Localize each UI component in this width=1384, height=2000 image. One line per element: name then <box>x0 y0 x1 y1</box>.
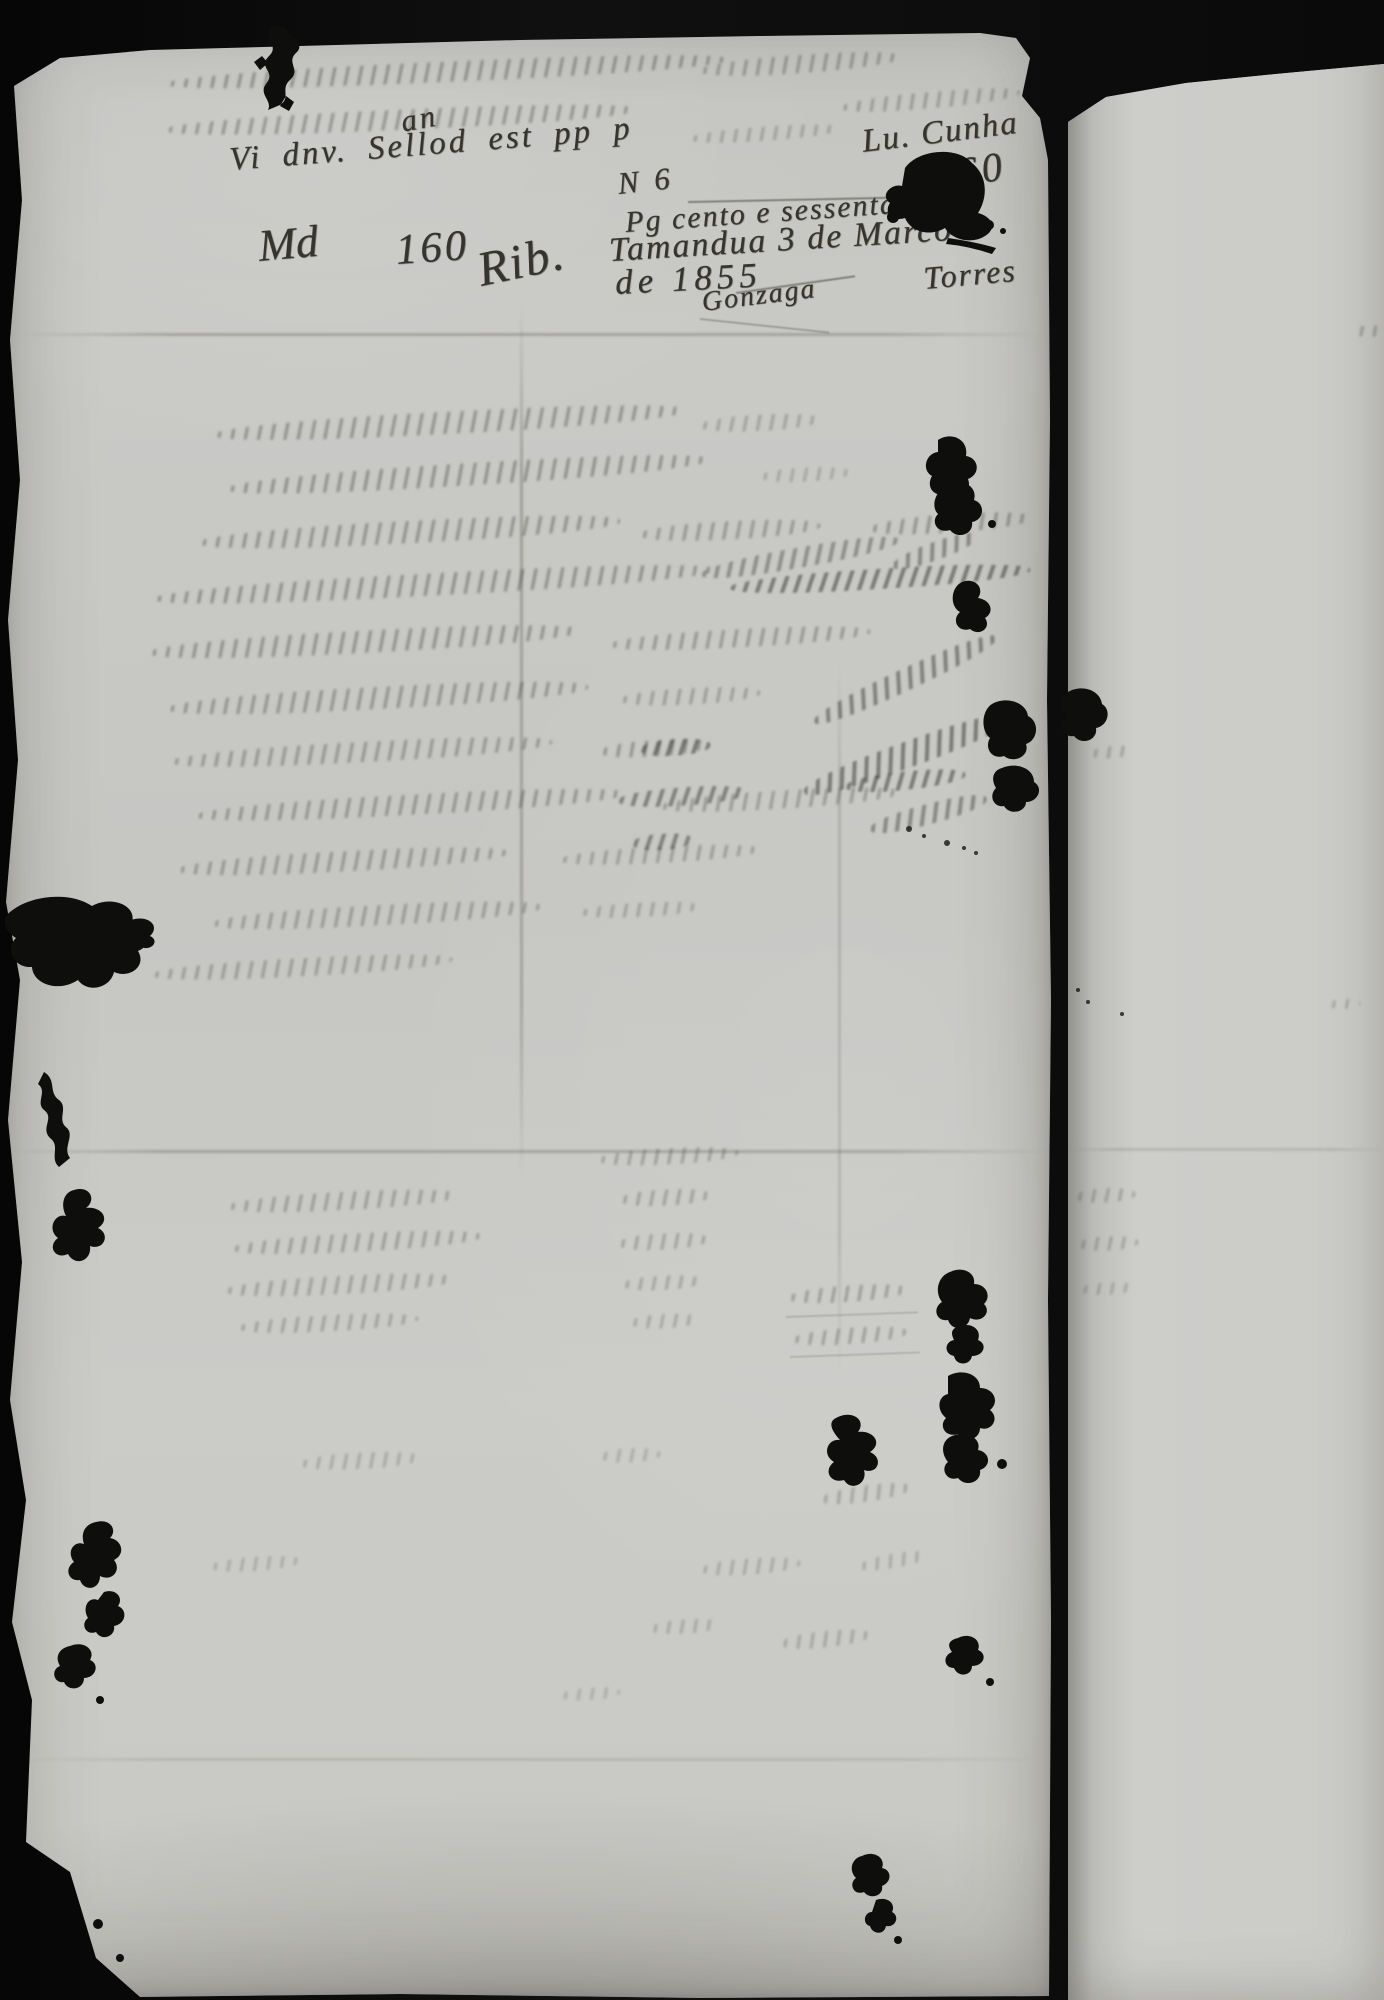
ink-speck <box>1086 1000 1090 1004</box>
second-page-sliver <box>1066 0 1384 2000</box>
ink-speck <box>944 840 950 846</box>
ink-speck <box>922 834 926 838</box>
ink-speck <box>974 851 978 855</box>
ink-speck <box>906 826 912 832</box>
scan-backdrop: an Vi dnv. Sellod est pp p Lu. Cunha N 6… <box>0 0 1384 2000</box>
handwriting-md-label: Md <box>256 215 320 272</box>
ink-speck <box>962 846 966 850</box>
ink-speck <box>1076 988 1080 992</box>
manuscript-page <box>0 0 1054 2000</box>
handwriting-md-value: 160 <box>394 221 471 275</box>
ink-speck <box>1120 1012 1124 1016</box>
handwriting-number-label: N 6 <box>616 161 671 202</box>
